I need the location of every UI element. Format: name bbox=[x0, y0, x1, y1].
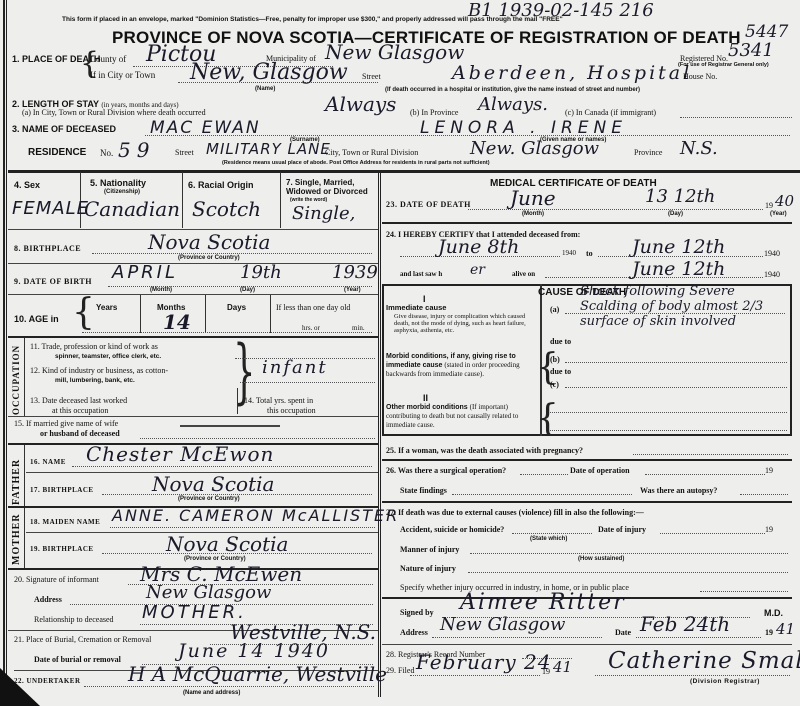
dotted-line bbox=[550, 430, 787, 431]
item13b-label: at this occupation bbox=[52, 406, 108, 415]
deceased-name-label: 3. NAME OF DECEASED bbox=[12, 124, 116, 134]
father-name-value: Chester McEwon bbox=[86, 442, 274, 466]
autopsy-label: Was there an autopsy? bbox=[640, 486, 717, 495]
item14b-label: this occupation bbox=[267, 406, 316, 415]
physician-address-label: Address bbox=[400, 628, 428, 637]
residence-city-value: New. Glasgow bbox=[470, 138, 599, 159]
birthplace-caption: (Province or Country) bbox=[178, 255, 240, 261]
residence-province-value: N.S. bbox=[680, 138, 718, 159]
father-birthplace-caption: (Province or Country) bbox=[178, 496, 240, 502]
divider bbox=[24, 508, 25, 570]
birthplace-label: 8. BIRTHPLACE bbox=[14, 244, 81, 253]
age-years-label: Years bbox=[96, 303, 117, 312]
given-names-value: LENORA . IRENE bbox=[420, 118, 627, 138]
stay-province-label: (b) In Province bbox=[410, 108, 458, 117]
date-of-operation-label: Date of operation bbox=[570, 466, 630, 475]
divider bbox=[8, 263, 378, 264]
strike-line bbox=[180, 425, 280, 427]
dotted-line bbox=[700, 591, 788, 592]
last-saw-label: and last saw h bbox=[400, 270, 442, 278]
undertaker-value: H A McQuarrie, Westville bbox=[128, 662, 387, 686]
dotted-line bbox=[680, 117, 792, 118]
residence-province-label: Province bbox=[634, 148, 662, 157]
age-days-label: Days bbox=[227, 303, 246, 312]
corner-number: 5447 bbox=[745, 22, 788, 42]
divider bbox=[382, 644, 792, 645]
dotted-line bbox=[72, 466, 372, 467]
racial-origin-value: Scotch bbox=[192, 197, 261, 221]
dotted-line bbox=[235, 358, 375, 359]
dod-month-caption: (Month) bbox=[522, 211, 544, 217]
filed-date-value: February 24 bbox=[416, 650, 551, 674]
dob-month: APRIL bbox=[112, 262, 178, 283]
age-months-value: 14 bbox=[163, 310, 191, 334]
alive-on-label: alive on bbox=[512, 270, 535, 278]
city-label: If in City or Town bbox=[90, 70, 155, 80]
name-caption: (Name) bbox=[255, 86, 275, 92]
other-numeral: II bbox=[423, 393, 428, 403]
dotted-line bbox=[140, 438, 375, 439]
divider bbox=[24, 338, 25, 416]
street-value: Aberdeen, Hospital bbox=[452, 62, 692, 84]
residence-no-value: 59 bbox=[118, 138, 155, 162]
due-to-label-2: due to bbox=[550, 367, 571, 376]
occupation-value: infant bbox=[262, 357, 328, 378]
cause-b-label: (b) bbox=[550, 355, 560, 364]
page-fold bbox=[0, 668, 40, 706]
nationality-value: Canadian bbox=[84, 197, 180, 221]
mother-birthplace-label: 19. BIRTHPLACE bbox=[30, 545, 94, 553]
date-of-death-label: 23. DATE OF DEATH bbox=[386, 200, 471, 209]
dotted-line bbox=[410, 675, 540, 676]
dod-month: June bbox=[510, 186, 556, 210]
physician-date-year: 41 bbox=[776, 620, 795, 638]
attended-to-year: 1940 bbox=[764, 249, 780, 258]
divider bbox=[182, 172, 183, 228]
filed-label: 29. Filed bbox=[386, 666, 414, 675]
dob-day: 19th bbox=[240, 262, 282, 283]
dod-year-caption: (Year) bbox=[770, 211, 787, 217]
divider bbox=[8, 336, 378, 338]
divider bbox=[382, 222, 792, 224]
father-birthplace-label: 17. BIRTHPLACE bbox=[30, 486, 94, 494]
alive-on-year: 1940 bbox=[764, 270, 780, 279]
signed-by-value: Aimee Ritter bbox=[460, 590, 626, 615]
divider bbox=[8, 170, 800, 173]
alive-on-value: June 12th bbox=[632, 258, 725, 280]
marital-label: 7. Single, Married, Widowed or Divorced bbox=[286, 178, 380, 196]
sex-value: FEMALE bbox=[12, 198, 89, 219]
brace: { bbox=[72, 292, 95, 333]
item12-label: 12. Kind of industry or business, as cot… bbox=[30, 366, 168, 375]
other-morbid-label: Other morbid conditions (If important) c… bbox=[386, 403, 528, 430]
item14-label: 14. Total yrs. spent in bbox=[244, 396, 313, 405]
residence-label: RESIDENCE bbox=[28, 147, 86, 158]
dod-day-caption: (Day) bbox=[668, 211, 683, 217]
nationality-sub: (Citizenship) bbox=[104, 189, 140, 195]
stay-province-value: Always. bbox=[478, 94, 548, 115]
dod-year: 40 bbox=[775, 192, 794, 210]
accident-label: Accident, suicide or homicide? bbox=[400, 525, 504, 534]
racial-origin-label: 6. Racial Origin bbox=[188, 180, 254, 190]
residence-note: (Residence means usual place of abode. P… bbox=[222, 160, 490, 166]
division-registrar-signature: Catherine Small bbox=[608, 648, 800, 674]
dob-year: 1939 bbox=[332, 262, 378, 283]
dotted-line bbox=[468, 572, 788, 573]
surname-value: MAC EWAN bbox=[150, 118, 261, 138]
cause-a-label: (a) bbox=[550, 305, 559, 314]
q27-label: 27. If death was due to external causes … bbox=[386, 508, 644, 517]
dotted-line bbox=[240, 382, 375, 383]
physician-date-value: Feb 24th bbox=[640, 612, 730, 636]
brace: { bbox=[536, 398, 559, 439]
dotted-line bbox=[470, 553, 788, 554]
dotted-line bbox=[740, 494, 788, 495]
dotted-line bbox=[660, 533, 765, 534]
dotted-line bbox=[565, 387, 787, 388]
state-findings-label: State findings bbox=[400, 486, 447, 495]
father-name-label: 16. NAME bbox=[30, 458, 66, 466]
divider bbox=[24, 445, 25, 507]
dotted-line bbox=[636, 637, 761, 638]
day-caption: (Day) bbox=[240, 287, 255, 293]
dob-label: 9. DATE OF BIRTH bbox=[14, 277, 92, 286]
divider bbox=[280, 172, 281, 228]
registered-no-value: 5341 bbox=[728, 40, 774, 61]
house-no-label: House No. bbox=[683, 72, 717, 81]
q26-label: 26. Was there a surgical operation? bbox=[386, 466, 506, 475]
informant-address-value: New Glasgow bbox=[146, 582, 271, 603]
left-border bbox=[3, 0, 7, 680]
relationship-label: Relationship to deceased bbox=[34, 615, 114, 624]
divider bbox=[382, 501, 792, 503]
year-caption: (Year) bbox=[344, 287, 361, 293]
filed-year-prefix: 19 bbox=[542, 667, 550, 676]
mother-side-label: MOTHER bbox=[11, 510, 22, 565]
dotted-line bbox=[633, 454, 788, 455]
dotted-line bbox=[565, 362, 787, 363]
nature-label: Nature of injury bbox=[400, 564, 456, 573]
maiden-name-value: ANNE. CAMERON McALLISTER bbox=[112, 506, 399, 525]
physician-address-value: New Glasgow bbox=[440, 614, 565, 635]
registrar-only-note: (For use of Registrar General only) bbox=[678, 62, 769, 68]
maiden-name-label: 18. MAIDEN NAME bbox=[30, 518, 100, 526]
how-sustained-caption: (How sustained) bbox=[578, 556, 624, 562]
morbid-label: Morbid conditions, if any, giving rise t… bbox=[386, 353, 526, 379]
signed-by-label: Signed by bbox=[400, 608, 434, 617]
dod-year-prefix: 19 bbox=[765, 201, 773, 210]
divider bbox=[205, 295, 206, 333]
month-caption: (Month) bbox=[150, 287, 172, 293]
residence-street-label: Street bbox=[175, 148, 194, 157]
dotted-line bbox=[82, 332, 372, 333]
md-label: M.D. bbox=[764, 608, 783, 618]
hospital-note: (If death occurred in a hospital or inst… bbox=[385, 87, 640, 93]
column-divider bbox=[378, 172, 381, 697]
physician-date-label: Date bbox=[615, 628, 631, 637]
attended-from: June 8th bbox=[438, 236, 519, 258]
item15b-label: or husband of deceased bbox=[40, 429, 120, 438]
dod-day: 13 12th bbox=[645, 186, 715, 207]
immediate-cause-label: Immediate cause bbox=[386, 303, 446, 312]
physician-date-year-prefix: 19 bbox=[765, 628, 773, 637]
informant-signature-label: 20. Signature of informant bbox=[14, 575, 99, 584]
nationality-label: 5. Nationality bbox=[90, 178, 146, 188]
divider bbox=[8, 416, 378, 417]
item11b-label: spinner, teamster, office clerk, etc. bbox=[55, 353, 161, 360]
residence-street-value: MILITARY LANE bbox=[206, 140, 331, 158]
residence-no-label: No. bbox=[100, 148, 113, 158]
dotted-line bbox=[645, 474, 765, 475]
manner-label: Manner of injury bbox=[400, 545, 459, 554]
divider bbox=[270, 295, 271, 333]
dotted-line bbox=[84, 686, 374, 687]
age-label: 10. AGE in bbox=[14, 314, 59, 324]
stay-canada-label: (c) In Canada (if immigrant) bbox=[565, 108, 656, 117]
father-birthplace-value: Nova Scotia bbox=[152, 472, 274, 496]
last-saw-value: er bbox=[470, 262, 485, 278]
divider bbox=[8, 294, 378, 295]
dotted-line bbox=[110, 527, 375, 528]
state-which-caption: (State which) bbox=[530, 536, 567, 542]
divider bbox=[140, 295, 141, 333]
dotted-line bbox=[432, 637, 602, 638]
father-side-label: FATHER bbox=[11, 450, 22, 505]
operation-year-prefix: 19 bbox=[765, 466, 773, 475]
attended-from-year: 1940 bbox=[562, 249, 576, 257]
occupation-side-label: OCCUPATION bbox=[11, 340, 21, 415]
cause-a-value: Shock following Severe Scalding of body … bbox=[580, 284, 790, 329]
divider bbox=[382, 459, 792, 461]
residence-city-label: City, Town or Rural Division bbox=[325, 148, 418, 157]
death-certificate: B1 1939-02-145 216 This form if placed i… bbox=[0, 0, 800, 706]
undertaker-caption: (Name and address) bbox=[183, 690, 240, 696]
cause-c-label: (c) bbox=[550, 380, 559, 389]
item11-label: 11. Trade, profession or kind of work as bbox=[30, 342, 158, 351]
date-of-injury-label: Date of injury bbox=[598, 525, 646, 534]
burial-place-label: 21. Place of Burial, Cremation or Remova… bbox=[14, 635, 151, 644]
mother-birthplace-value: Nova Scotia bbox=[166, 532, 288, 556]
q25-label: 25. If a woman, was the death associated… bbox=[386, 446, 583, 455]
attended-to: June 12th bbox=[632, 236, 725, 258]
item15-label: 15. If married give name of wife bbox=[14, 419, 118, 428]
marital-value: Single, bbox=[292, 203, 355, 224]
stay-city-label: (a) In City, Town or Rural Division wher… bbox=[22, 108, 206, 117]
to-label: to bbox=[586, 249, 593, 258]
injury-year-prefix: 19 bbox=[765, 525, 773, 534]
min-label: min. bbox=[352, 324, 365, 332]
birthplace-value: Nova Scotia bbox=[148, 230, 270, 254]
filed-year: 41 bbox=[553, 658, 572, 676]
dotted-line bbox=[512, 533, 592, 534]
division-registrar-caption: (Division Registrar) bbox=[690, 678, 760, 685]
dotted-line bbox=[452, 494, 632, 495]
dotted-line bbox=[520, 474, 568, 475]
item13-label: 13. Date deceased last worked bbox=[30, 396, 127, 405]
sex-label: 4. Sex bbox=[14, 180, 40, 190]
city-value: New, Glasgow bbox=[190, 60, 348, 85]
mail-notice: This form if placed in an envelope, mark… bbox=[62, 16, 563, 23]
dotted-line bbox=[595, 675, 790, 676]
stay-city-value: Always bbox=[325, 92, 396, 116]
county-label: County of bbox=[90, 54, 126, 64]
item12b-label: mill, lumbering, bank, etc. bbox=[55, 377, 135, 384]
hrs-label: hrs. or bbox=[302, 324, 320, 332]
street-label: Street bbox=[362, 72, 381, 81]
dotted-line bbox=[550, 412, 787, 413]
informant-address-label: Address bbox=[34, 595, 62, 604]
burial-date-value: June 14 1940 bbox=[178, 640, 330, 662]
due-to-label: due to bbox=[550, 337, 571, 346]
immediate-cause-desc: Give disease, injury or complication whi… bbox=[394, 313, 534, 334]
less-than-day-label: If less than one day old bbox=[276, 303, 350, 312]
divider bbox=[237, 388, 238, 414]
burial-date-label: Date of burial or removal bbox=[34, 655, 121, 664]
